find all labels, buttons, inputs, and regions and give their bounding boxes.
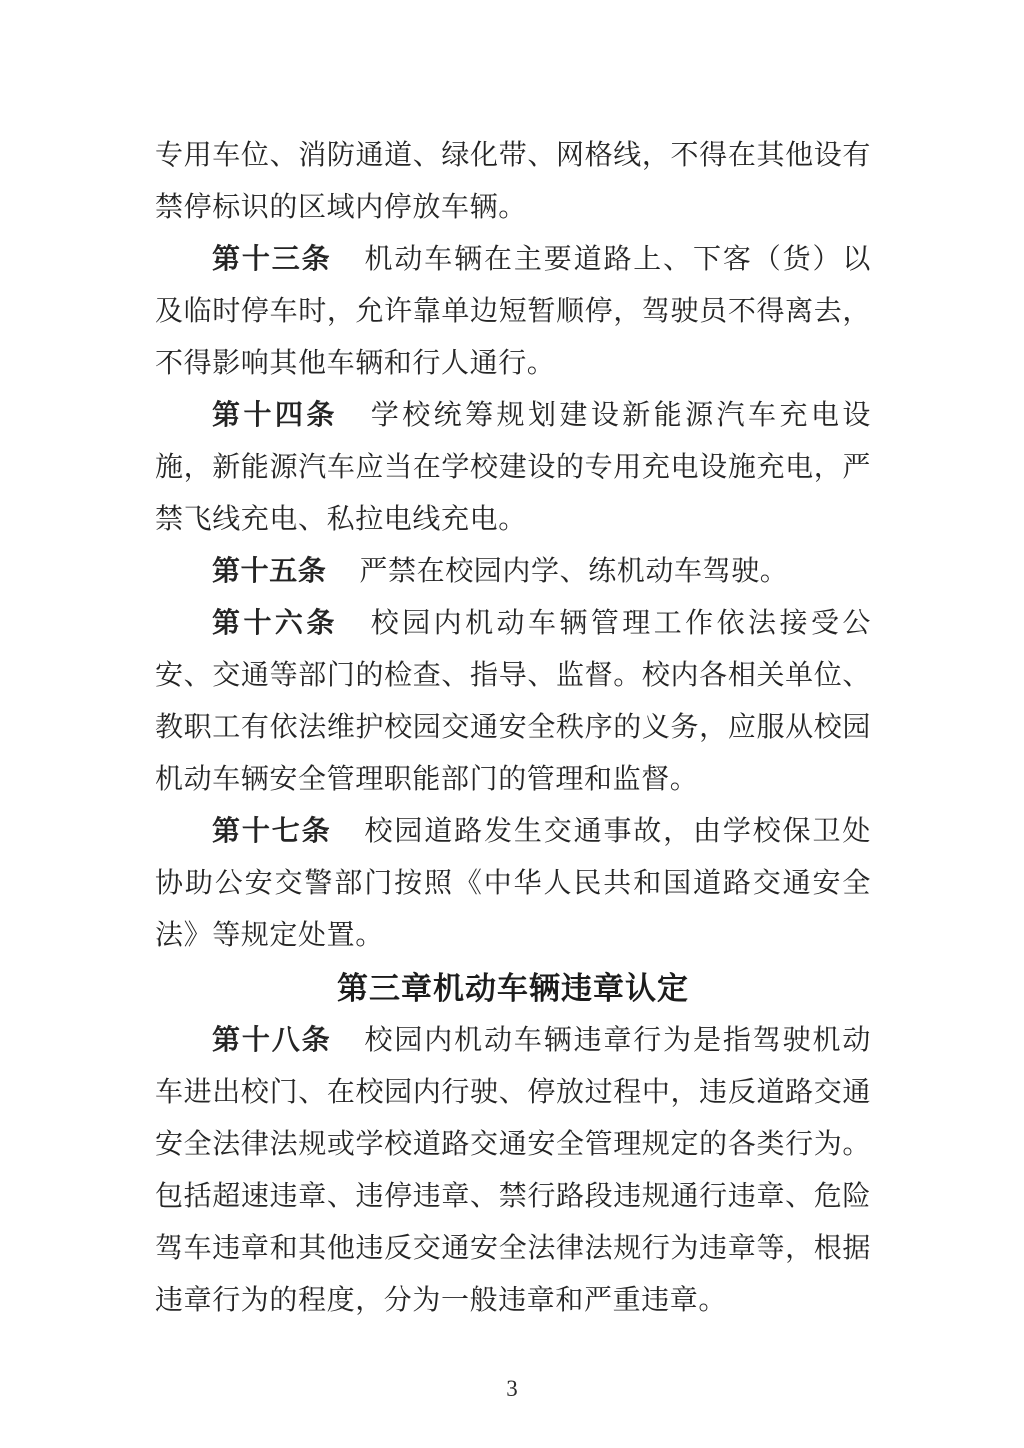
paragraph-article-14: 第十四条学校统筹规划建设新能源汽车充电设施，新能源汽车应当在学校建设的专用充电设… [155,390,871,546]
article-13-label: 第十三条 [212,244,364,275]
article-15-text: 严禁在校园内学、练机动车驾驶。 [359,556,788,587]
article-17-label: 第十七条 [212,816,364,847]
paragraph-article-13: 第十三条机动车辆在主要道路上、下客（货）以及临时停车时，允许靠单边短暂顺停，驾驶… [155,234,871,390]
article-18-text: 校园内机动车辆违章行为是指驾驶机动车进出校门、在校园内行驶、停放过程中，违反道路… [155,1025,871,1316]
paragraph-article-17: 第十七条校园道路发生交通事故，由学校保卫处协助公安交警部门按照《中华人民共和国道… [155,806,871,962]
paragraph-article-16: 第十六条校园内机动车辆管理工作依法接受公安、交通等部门的检查、指导、监督。校内各… [155,598,871,806]
article-16-label: 第十六条 [212,608,371,639]
chapter-heading: 第三章机动车辆违章认定 [155,962,871,1015]
document-body: 专用车位、消防通道、绿化带、网格线，不得在其他设有禁停标识的区域内停放车辆。 第… [155,130,871,1327]
page-number: 3 [0,1374,1024,1404]
article-15-label: 第十五条 [212,556,359,587]
article-14-label: 第十四条 [212,400,371,431]
paragraph-text: 专用车位、消防通道、绿化带、网格线，不得在其他设有禁停标识的区域内停放车辆。 [155,140,871,223]
document-page: 专用车位、消防通道、绿化带、网格线，不得在其他设有禁停标识的区域内停放车辆。 第… [0,0,1024,1448]
paragraph-article-15: 第十五条严禁在校园内学、练机动车驾驶。 [155,546,871,598]
paragraph-continuation: 专用车位、消防通道、绿化带、网格线，不得在其他设有禁停标识的区域内停放车辆。 [155,130,871,234]
paragraph-article-18: 第十八条校园内机动车辆违章行为是指驾驶机动车进出校门、在校园内行驶、停放过程中，… [155,1015,871,1327]
article-18-label: 第十八条 [212,1025,364,1056]
